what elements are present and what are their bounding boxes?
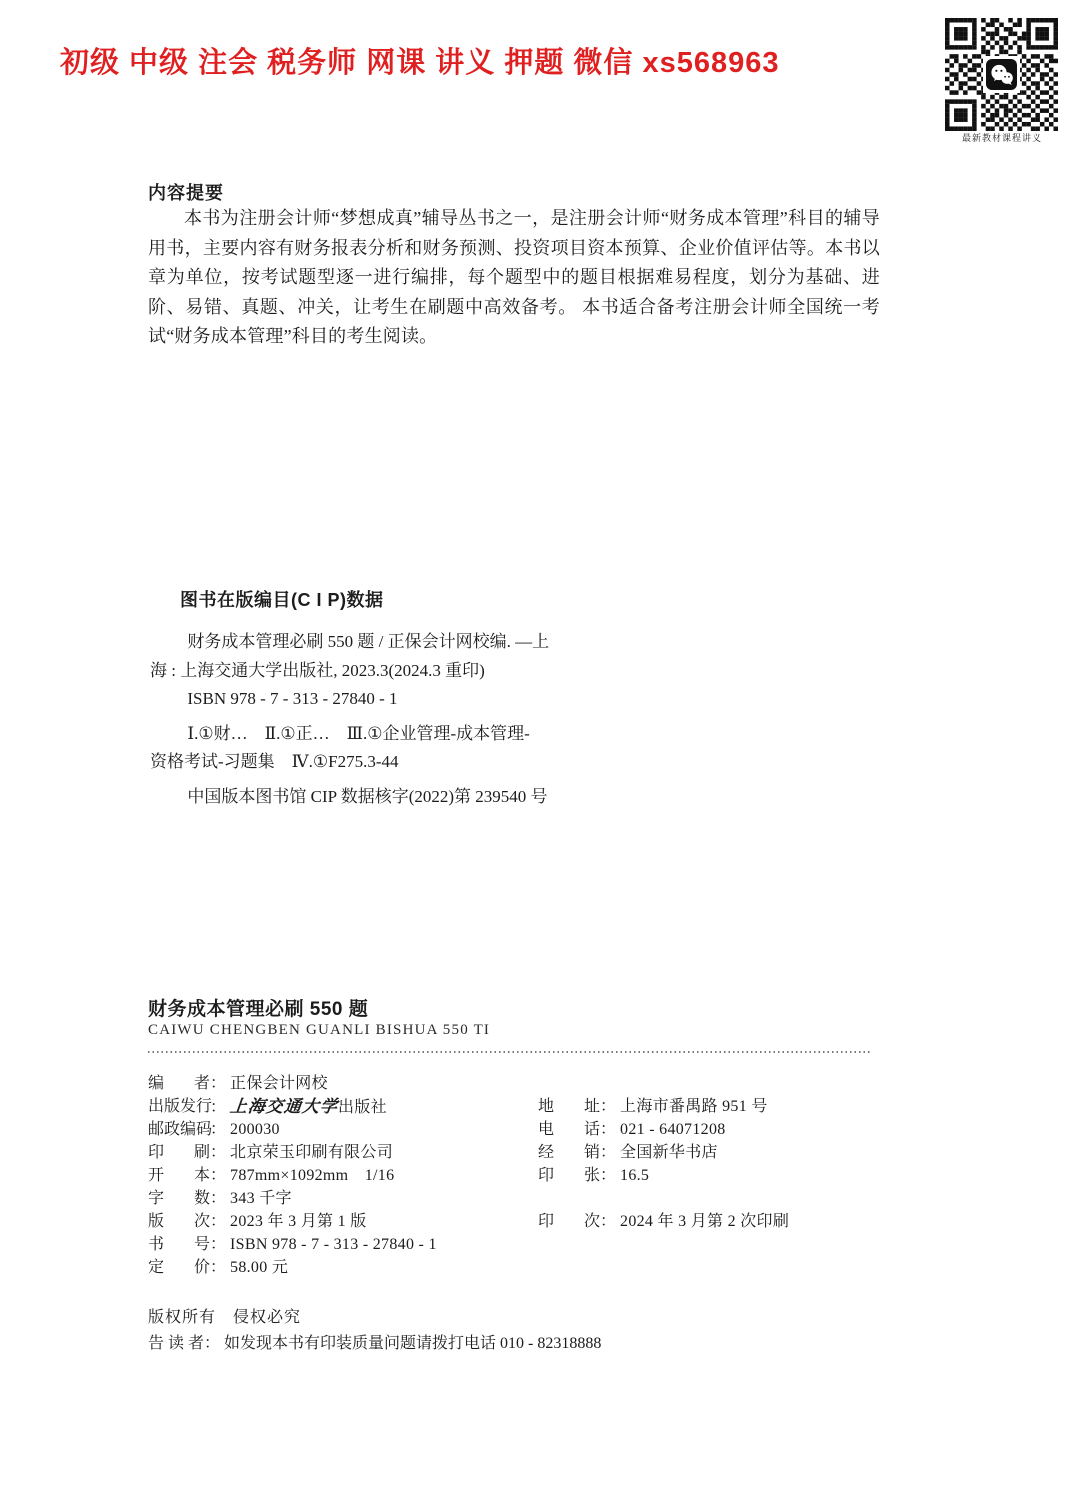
cip-line: 资格考试-习题集 Ⅳ.①F275.3-44 bbox=[150, 748, 710, 777]
colophon-row-editor: 编者 正保会计网校 bbox=[148, 1072, 437, 1095]
colophon-row-distributor: 经销 全国新华书店 bbox=[538, 1141, 789, 1164]
row-value: 2024 年 3 月第 2 次印刷 bbox=[620, 1213, 789, 1230]
row-label: 印张 bbox=[538, 1164, 600, 1187]
qr-code-block: 最新教材课程讲义 bbox=[945, 18, 1059, 143]
row-label: 印次 bbox=[538, 1210, 600, 1233]
copyright-page: 初级 中级 注会 税务师 网课 讲义 押题 微信 xs568963 最新教材课程… bbox=[0, 0, 1081, 1512]
cip-line: Ⅰ.①财… Ⅱ.①正… Ⅲ.①企业管理-成本管理- bbox=[150, 720, 710, 749]
book-title-pinyin: CAIWU CHENGBEN GUANLI BISHUA 550 TI bbox=[148, 1022, 490, 1039]
row-value: 343 千字 bbox=[230, 1190, 292, 1207]
reader-notice-text: 如发现本书有印装质量问题请拨打电话 010 - 82318888 bbox=[224, 1335, 601, 1352]
promo-banner: 初级 中级 注会 税务师 网课 讲义 押题 微信 xs568963 bbox=[60, 40, 860, 81]
colophon-row-printing: 印次 2024 年 3 月第 2 次印刷 bbox=[538, 1210, 789, 1233]
row-value: 北京荣玉印刷有限公司 bbox=[230, 1144, 393, 1161]
row-value: 787mm×1092mm 1/16 bbox=[230, 1167, 394, 1184]
row-value: 58.00 元 bbox=[230, 1259, 288, 1276]
cip-line: 财务成本管理必刷 550 题 / 正保会计网校编. —上 bbox=[150, 628, 710, 657]
row-value: ISBN 978 - 7 - 313 - 27840 - 1 bbox=[230, 1236, 437, 1253]
row-label: 开本 bbox=[148, 1164, 210, 1187]
content-summary-text: 本书为注册会计师“梦想成真”辅导丛书之一，是注册会计师“财务成本管理”科目的辅导… bbox=[148, 204, 880, 352]
row-value: 上海市番禺路 951 号 bbox=[620, 1098, 768, 1115]
colophon-row-spacer bbox=[538, 1187, 789, 1210]
row-label: 经销 bbox=[538, 1141, 600, 1164]
colophon-row-price: 定价 58.00 元 bbox=[148, 1256, 437, 1279]
row-label: 编者 bbox=[148, 1072, 210, 1095]
cip-heading: 图书在版编目(C I P)数据 bbox=[180, 586, 384, 612]
colophon-row-printer: 印刷 北京荣玉印刷有限公司 bbox=[148, 1141, 437, 1164]
colophon-row-sheets: 印张 16.5 bbox=[538, 1164, 789, 1187]
row-value: 16.5 bbox=[620, 1167, 649, 1184]
row-value: 出版社 bbox=[338, 1099, 387, 1116]
book-title: 财务成本管理必刷 550 题 bbox=[148, 994, 368, 1021]
row-label: 地址 bbox=[538, 1095, 600, 1118]
dotted-divider bbox=[148, 1051, 870, 1053]
row-value: 2023 年 3 月第 1 版 bbox=[230, 1213, 367, 1230]
reader-notice-label: 告 读 者 bbox=[148, 1330, 220, 1353]
row-label: 字数 bbox=[148, 1187, 210, 1210]
row-value: 正保会计网校 bbox=[230, 1075, 328, 1092]
row-value: 021 - 64071208 bbox=[620, 1121, 726, 1138]
row-label: 邮政编码 bbox=[148, 1118, 210, 1141]
cip-line: ISBN 978 - 7 - 313 - 27840 - 1 bbox=[150, 685, 710, 714]
reader-notice: 告 读 者 如发现本书有印装质量问题请拨打电话 010 - 82318888 bbox=[148, 1330, 601, 1353]
row-label: 版次 bbox=[148, 1210, 210, 1233]
colophon-row-address: 地址 上海市番禺路 951 号 bbox=[538, 1095, 789, 1118]
qr-caption: 最新教材课程讲义 bbox=[945, 133, 1059, 143]
cip-line: 海 : 上海交通大学出版社, 2023.3(2024.3 重印) bbox=[150, 657, 710, 686]
copyright-notice: 版权所有 侵权必究 bbox=[148, 1304, 301, 1327]
colophon-row-wordcount: 字数 343 千字 bbox=[148, 1187, 437, 1210]
colophon-right-column: 地址 上海市番禺路 951 号 电话 021 - 64071208 经销 全国新… bbox=[538, 1095, 789, 1233]
row-label: 印刷 bbox=[148, 1141, 210, 1164]
colophon-row-edition: 版次 2023 年 3 月第 1 版 bbox=[148, 1210, 437, 1233]
row-label: 电话 bbox=[538, 1118, 600, 1141]
colophon-row-phone: 电话 021 - 64071208 bbox=[538, 1118, 789, 1141]
row-label: 出版发行 bbox=[148, 1095, 210, 1118]
colophon-row-format: 开本 787mm×1092mm 1/16 bbox=[148, 1164, 437, 1187]
row-label: 定价 bbox=[148, 1256, 210, 1279]
row-value: 200030 bbox=[230, 1121, 280, 1138]
colophon-row-postcode: 邮政编码 200030 bbox=[148, 1118, 437, 1141]
row-label: 书号 bbox=[148, 1233, 210, 1256]
colophon-row-publisher: 出版发行 上海交通大学出版社 bbox=[148, 1095, 437, 1118]
colophon-left-column: 编者 正保会计网校 出版发行 上海交通大学出版社 邮政编码 200030 印刷 … bbox=[148, 1072, 437, 1279]
publisher-calligraphy: 上海交通大学 bbox=[229, 1095, 339, 1118]
content-summary-heading: 内容提要 bbox=[148, 179, 224, 205]
row-value: 全国新华书店 bbox=[620, 1144, 718, 1161]
cip-line: 中国版本图书馆 CIP 数据核字(2022)第 239540 号 bbox=[150, 783, 710, 812]
wechat-icon bbox=[983, 56, 1020, 93]
cip-block: 财务成本管理必刷 550 题 / 正保会计网校编. —上 海 : 上海交通大学出… bbox=[150, 628, 710, 811]
colophon-row-isbn: 书号 ISBN 978 - 7 - 313 - 27840 - 1 bbox=[148, 1233, 437, 1256]
